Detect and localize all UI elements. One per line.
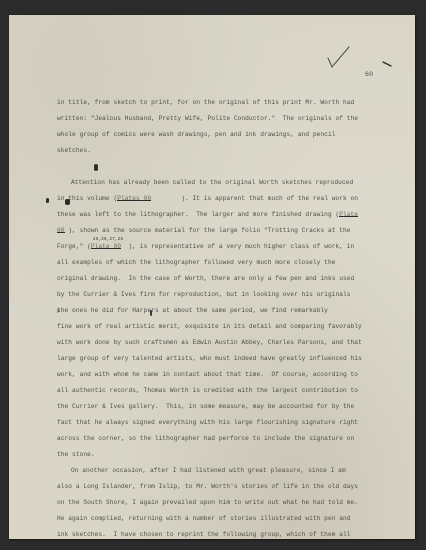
- ink-blot: [94, 164, 98, 171]
- text-line: original drawing. In the case of Worth, …: [57, 271, 387, 287]
- text-segment: Forge," (: [57, 243, 91, 250]
- text-line: all examples of which the lithographer f…: [57, 255, 387, 271]
- insertion-text: P: [57, 304, 60, 320]
- text-line-with-insertion: Pthe ones he did for Harpers at about th…: [57, 303, 387, 319]
- text-line: Attention has already been called to the…: [57, 175, 387, 191]
- text-line: work, and with whom he came in contact a…: [57, 367, 387, 383]
- text-line: with work done by such craftsmen as Edwi…: [57, 335, 387, 351]
- text-line: large group of very talented artists, wh…: [57, 351, 387, 367]
- ink-blot: [46, 198, 49, 203]
- handwritten-insertion: 25,26,27,28Plate 00: [91, 239, 121, 255]
- text-line: the Currier & Ives gallery. This, in som…: [57, 399, 387, 415]
- text-line-with-strike: these was left to the lithographer. The …: [57, 207, 387, 223]
- text-line: whole group of comics were wash drawings…: [57, 127, 387, 143]
- struck-plate-ref: Plate: [339, 207, 358, 223]
- text-line: on the South Shore, I again prevailed up…: [57, 495, 387, 511]
- text-segment: these was left to the lithographer. The …: [57, 211, 339, 218]
- text-line: all authentic records, Thomas Worth is c…: [57, 383, 387, 399]
- text-line: also a Long Islander, from Islip, to Mr.…: [57, 479, 387, 495]
- text-segment: the ones he did for Harpers at about the…: [57, 307, 328, 314]
- text-line: written: "Jealous Husband, Pretty Wife, …: [57, 111, 387, 127]
- ink-blot: [65, 199, 70, 205]
- page-number: 60: [365, 71, 373, 78]
- text-line: sketches.: [57, 143, 387, 159]
- text-line: fine work of real artistic merit, exquis…: [57, 319, 387, 335]
- text-line: fact that he always signed everything wi…: [57, 415, 387, 431]
- ink-blot: [150, 310, 152, 316]
- text-line: ink sketches. I have chosen to reprint t…: [57, 527, 387, 543]
- text-line: in title, from sketch to print, for on t…: [57, 95, 387, 111]
- struck-plate-ref: Plate 00: [91, 239, 121, 255]
- text-line: across the corner, so the lithographer h…: [57, 431, 387, 447]
- text-line: the stone.: [57, 447, 387, 463]
- struck-plate-ref: 00: [57, 223, 65, 239]
- pencil-tick-icon: [382, 61, 392, 67]
- text-line-with-strike: Forge," (25,26,27,28Plate 00 ), is repre…: [57, 239, 387, 255]
- typewritten-page: 60 in title, from sketch to print, for o…: [9, 15, 415, 539]
- struck-plate-ref: Plates 00: [117, 191, 151, 207]
- text-line: On another occasion, after I had listene…: [57, 463, 387, 479]
- text-line: He again complied, returning with a numb…: [57, 511, 387, 527]
- text-segment: ). It is apparent that much of the real …: [181, 195, 358, 202]
- text-line: by the Currier & Ives firm for reproduct…: [57, 287, 387, 303]
- scan-frame: 60 in title, from sketch to print, for o…: [0, 0, 426, 550]
- text-line-with-strike: in this volume (Plates 00 ). It is appar…: [57, 191, 387, 207]
- checkmark-icon: [325, 45, 351, 69]
- document-body: in title, from sketch to print, for on t…: [57, 95, 387, 543]
- text-segment: ), is representative of a very much high…: [129, 243, 355, 250]
